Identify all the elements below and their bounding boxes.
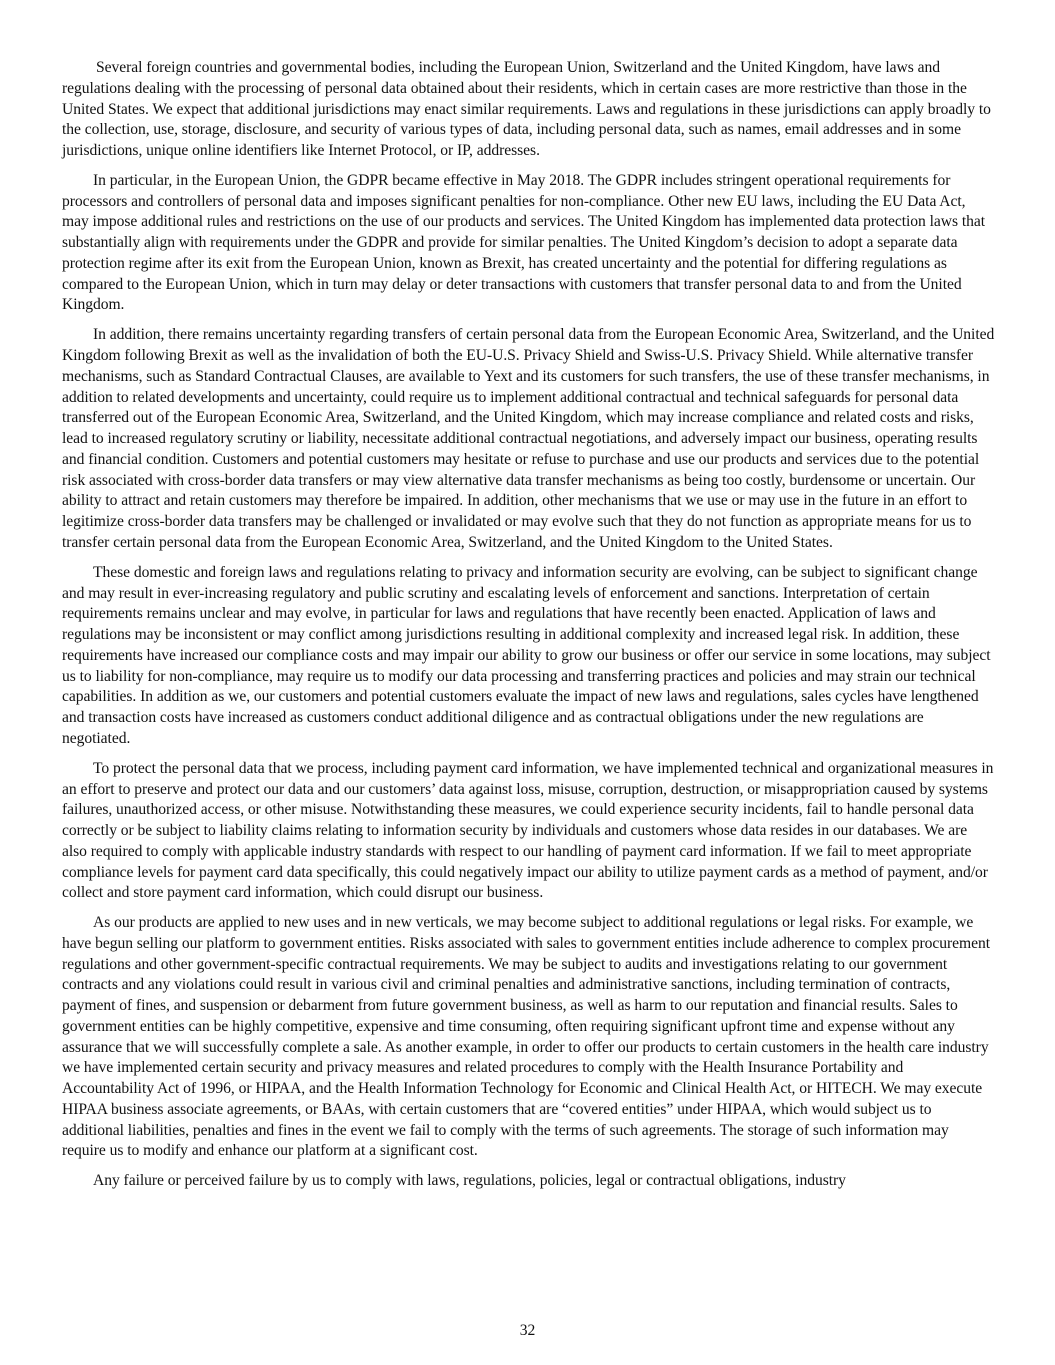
document-page: Several foreign countries and government… bbox=[62, 58, 995, 1201]
paragraph-compliance-failure: Any failure or perceived failure by us t… bbox=[62, 1171, 995, 1192]
paragraph-data-protection-measures: To protect the personal data that we pro… bbox=[62, 759, 995, 904]
paragraph-data-transfers: In addition, there remains uncertainty r… bbox=[62, 325, 995, 553]
paragraph-new-verticals: As our products are applied to new uses … bbox=[62, 913, 995, 1162]
paragraph-foreign-regulations: Several foreign countries and government… bbox=[62, 58, 995, 162]
paragraph-gdpr: In particular, in the European Union, th… bbox=[62, 171, 995, 316]
page-number: 32 bbox=[0, 1322, 1055, 1340]
paragraph-evolving-laws: These domestic and foreign laws and regu… bbox=[62, 563, 995, 750]
